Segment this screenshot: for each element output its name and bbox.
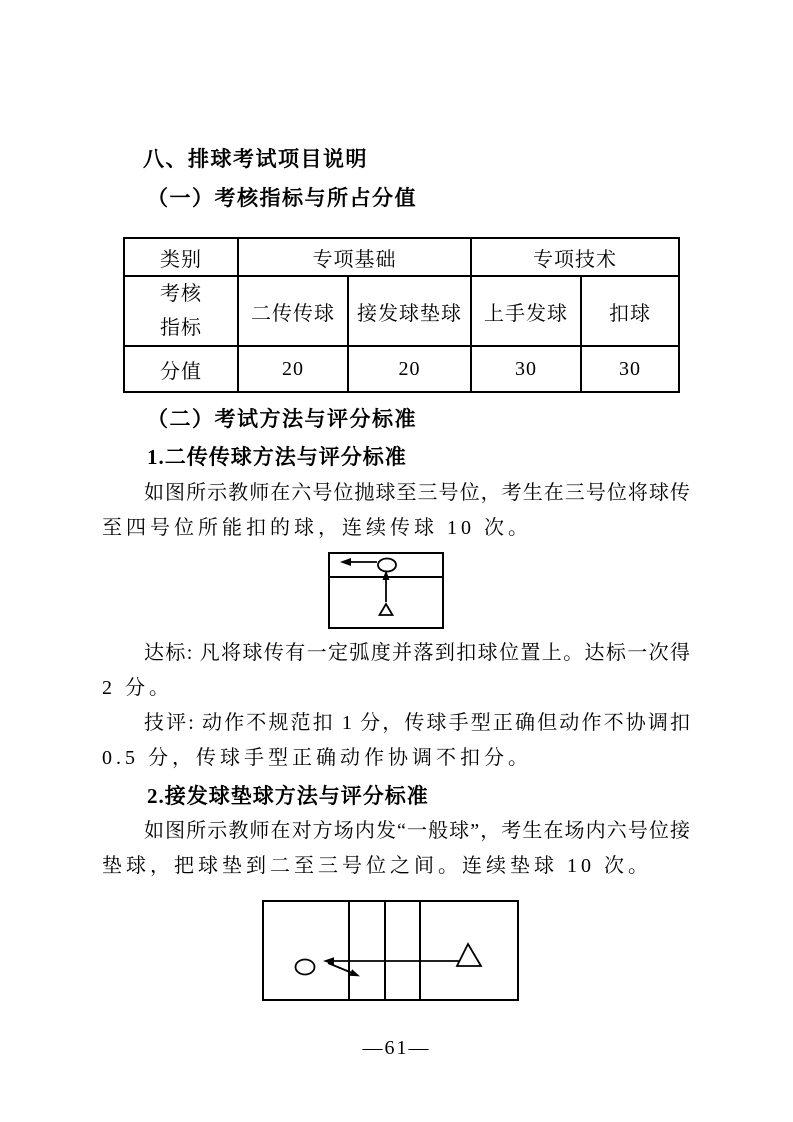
table-row-indicators: 考核指标 二传传球 接发球垫球 上手发球 扣球 xyxy=(124,276,679,346)
cell-score-4: 30 xyxy=(581,346,679,392)
cell-score-label: 分值 xyxy=(124,346,238,392)
method-1-technique: 技评: 动作不规范扣 1 分，传球手型正确但动作不协调扣0.5 分，传球手型正确… xyxy=(102,706,691,776)
text-line: 2 分。 xyxy=(102,671,691,706)
text-line: 如图所示教师在对方场内发“一般球”，考生在场内六号位接 xyxy=(102,814,691,849)
cell-indicator-label: 考核指标 xyxy=(124,276,238,346)
cell-score-2: 20 xyxy=(348,346,471,392)
document-page: 八、排球考试项目说明 （一）考核指标与所占分值 类别 专项基础 专项技术 考核指… xyxy=(0,0,793,1122)
page-title: 八、排球考试项目说明 xyxy=(143,147,691,173)
pass-arrow-head xyxy=(340,558,351,566)
table-row-groups: 类别 专项基础 专项技术 xyxy=(124,238,679,276)
text-line: 技评: 动作不规范扣 1 分，传球手型正确但动作不协调扣 xyxy=(102,706,691,741)
page-number: —61— xyxy=(102,1037,691,1060)
teacher-triangle-marker xyxy=(457,944,481,966)
cell-group-basic: 专项基础 xyxy=(238,238,471,276)
bump-arrow-line xyxy=(328,963,351,973)
cell-group-technique: 专项技术 xyxy=(471,238,679,276)
cell-indicator-3: 上手发球 xyxy=(471,276,581,346)
serve-receive-court-diagram xyxy=(262,900,519,1001)
text-line: 0.5 分，传球手型正确动作协调不扣分。 xyxy=(102,741,691,776)
court-outline xyxy=(263,901,518,1000)
cell-category-label: 类别 xyxy=(124,238,238,276)
setting-pass-court-diagram xyxy=(328,552,444,629)
cell-score-1: 20 xyxy=(238,346,348,392)
method-1-heading: 1.二传传球方法与评分标准 xyxy=(147,444,691,470)
cell-score-3: 30 xyxy=(471,346,581,392)
indicator-label-text: 考核指标 xyxy=(158,277,204,345)
text-line: 如图所示教师在六号位抛球至三号位，考生在三号位将球传 xyxy=(102,476,691,511)
cell-indicator-2: 接发球垫球 xyxy=(348,276,471,346)
score-table: 类别 专项基础 专项技术 考核指标 二传传球 接发球垫球 上手发球 扣球 分值 … xyxy=(123,237,680,393)
examinee-circle-marker xyxy=(378,559,396,572)
cell-indicator-4: 扣球 xyxy=(581,276,679,346)
text-line: 达标: 凡将球传有一定弧度并落到扣球位置上。达标一次得 xyxy=(102,636,691,671)
bump-arrow-head xyxy=(349,969,360,976)
teacher-triangle-marker xyxy=(380,604,393,615)
table-row-scores: 分值 20 20 30 30 xyxy=(124,346,679,392)
cell-indicator-1: 二传传球 xyxy=(238,276,348,346)
page-content: 八、排球考试项目说明 （一）考核指标与所占分值 类别 专项基础 专项技术 考核指… xyxy=(0,0,793,1060)
method-1-description: 如图所示教师在六号位抛球至三号位，考生在三号位将球传至四号位所能扣的球，连续传球… xyxy=(102,476,691,546)
examinee-circle-marker xyxy=(296,960,315,975)
text-line: 至四号位所能扣的球，连续传球 10 次。 xyxy=(102,511,691,546)
method-2-heading: 2.接发球垫球方法与评分标准 xyxy=(147,783,691,809)
method-2-description: 如图所示教师在对方场内发“一般球”，考生在场内六号位接垫球，把球垫到二至三号位之… xyxy=(102,814,691,884)
method-1-standard: 达标: 凡将球传有一定弧度并落到扣球位置上。达标一次得2 分。 xyxy=(102,636,691,706)
section-2-heading: （二）考试方法与评分标准 xyxy=(147,406,691,432)
section-1-heading: （一）考核指标与所占分值 xyxy=(147,185,691,211)
text-line: 垫球，把球垫到二至三号位之间。连续垫球 10 次。 xyxy=(102,849,691,884)
